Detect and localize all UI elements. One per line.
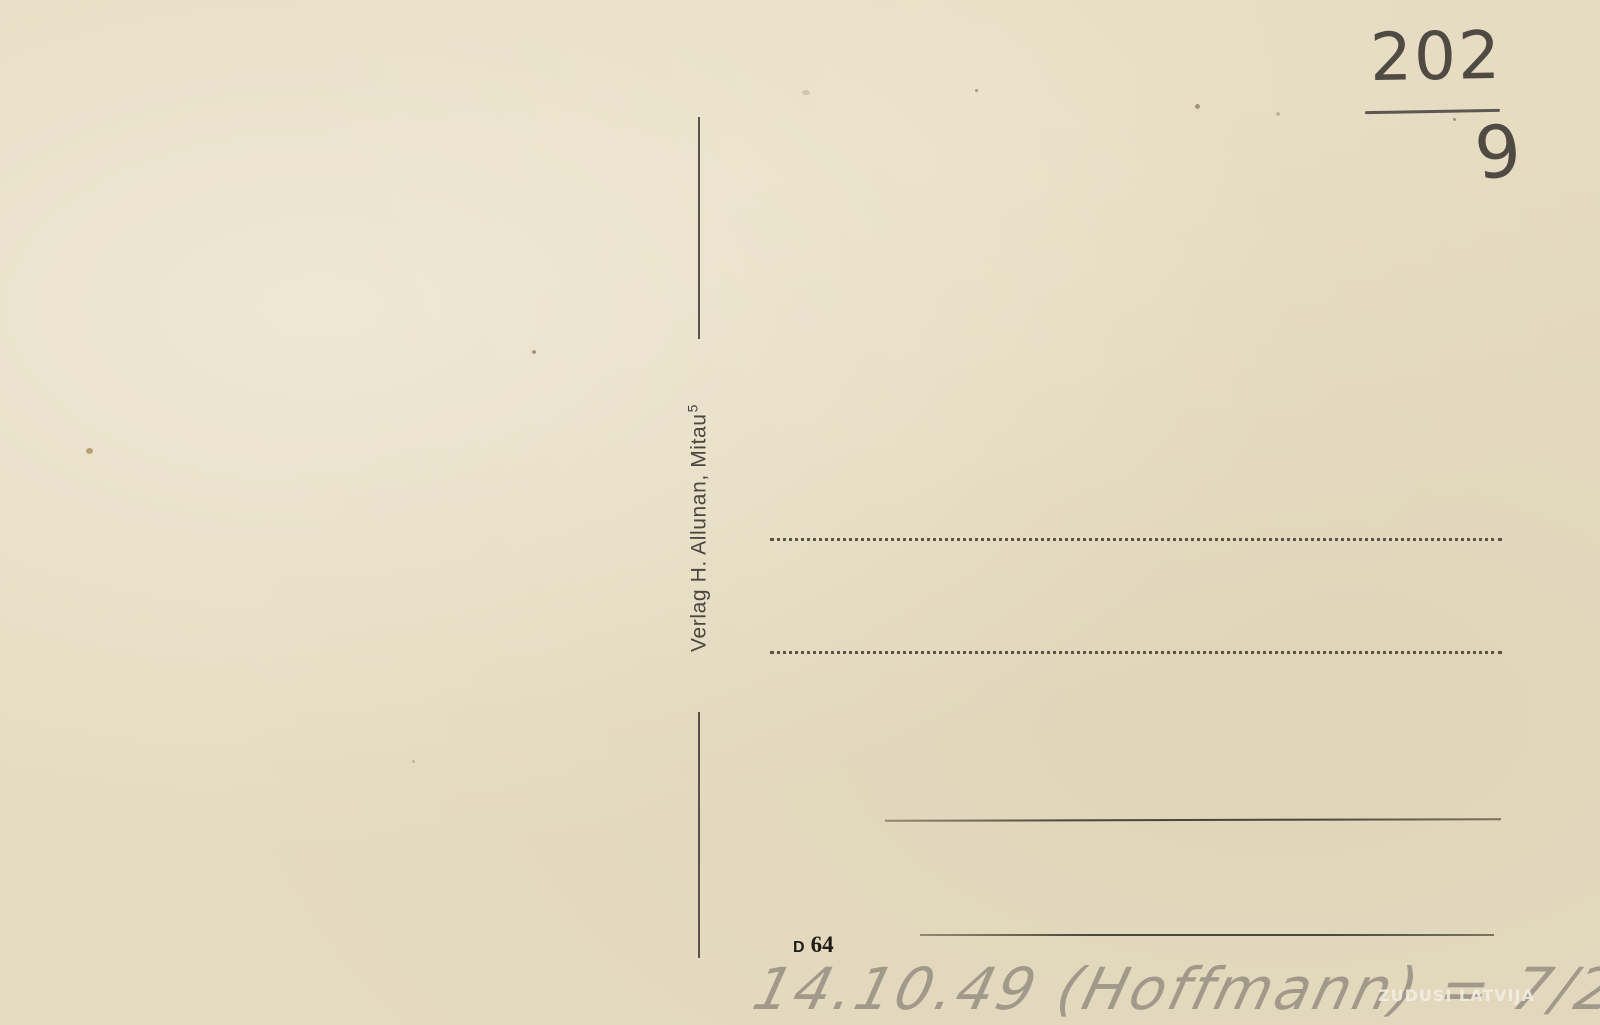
paper-speck [412,760,415,763]
paper-speck [975,89,978,92]
handwritten-inventory-subnumber: 9 [1471,108,1525,196]
catalog-number-value: 64 [811,932,834,957]
paper-speck [1453,118,1456,121]
publisher-imprint: Verlag H. Allunan, Mitau5 [685,404,712,652]
address-line-dotted-2 [770,651,1502,654]
address-line-solid-1 [885,818,1501,822]
postcard-back: Verlag H. Allunan, Mitau5 D64 202 9 14.1… [0,0,1600,1025]
paper-speck [86,448,93,454]
address-line-solid-2 [920,934,1494,936]
paper-speck [802,90,810,95]
handwritten-inventory-number: 202 [1369,17,1502,96]
paper-speck [1276,112,1280,116]
publisher-mark: 5 [685,404,701,412]
address-line-dotted-1 [770,538,1502,541]
paper-speck [532,350,536,354]
paper-speck [1195,104,1200,109]
center-divider-line-bottom [698,712,700,958]
center-divider-line-top [698,117,700,339]
publisher-imprint-text: Verlag H. Allunan, Mitau [688,413,711,652]
catalog-series: D [793,939,805,956]
watermark: ZUDUSI LATVIJA [1378,986,1535,1005]
